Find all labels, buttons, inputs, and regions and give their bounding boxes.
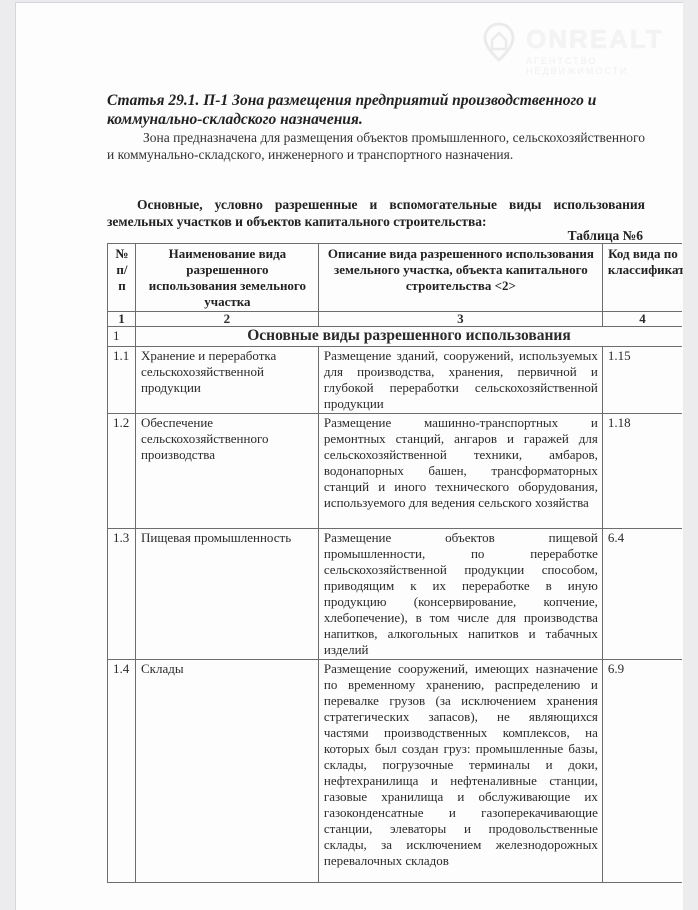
row-name: Хранение и переработка сельскохозяйствен… — [135, 347, 318, 414]
header-number: № п/п — [108, 244, 136, 312]
row-code: 1.15 — [602, 347, 682, 414]
row-code: 6.4 — [602, 529, 682, 660]
row-number: 1.4 — [108, 660, 136, 883]
column-number: 2 — [135, 312, 318, 327]
header-code: Код вида по классификатору — [602, 244, 682, 312]
article-title: Статья 29.1. П-1 Зона размещения предпри… — [107, 91, 667, 129]
table-row: 1.4 Склады Размещение сооружений, имеющи… — [108, 660, 683, 883]
intro-paragraph: Зона предназначена для размещения объект… — [107, 129, 645, 163]
land-use-table: № п/п Наименование вида разрешенного исп… — [107, 243, 682, 883]
column-number: 3 — [318, 312, 602, 327]
column-number: 1 — [108, 312, 136, 327]
section-row: 1 Основные виды разрешенного использован… — [108, 327, 683, 347]
row-description: Размещение сооружений, имеющих назначени… — [318, 660, 602, 883]
column-number-row: 1 2 3 4 — [108, 312, 683, 327]
lead-paragraph: Основные, условно разрешенные и вспомога… — [107, 196, 645, 230]
row-name: Пищевая промышленность — [135, 529, 318, 660]
row-description: Размещение машинно-транспортных и ремонт… — [318, 414, 602, 529]
row-code: 1.18 — [602, 414, 682, 529]
row-description: Размещение зданий, сооружений, используе… — [318, 347, 602, 414]
table-label: Таблица №6 — [568, 228, 643, 244]
viewer-edge — [683, 0, 698, 910]
table-header-row: № п/п Наименование вида разрешенного исп… — [108, 244, 683, 312]
watermark: ONREALT АГЕНТСТВО НЕДВИЖИМОСТИ — [478, 20, 688, 70]
watermark-brand: ONREALT — [526, 24, 664, 55]
table-row: 1.3 Пищевая промышленность Размещение об… — [108, 529, 683, 660]
table-row: 1.2 Обеспечение сельскохозяйственного пр… — [108, 414, 683, 529]
section-title: Основные виды разрешенного использования — [135, 327, 682, 347]
header-description: Описание вида разрешенного использования… — [318, 244, 602, 312]
house-pin-icon — [482, 22, 516, 62]
row-name: Склады — [135, 660, 318, 883]
section-number: 1 — [108, 327, 136, 347]
column-number: 4 — [602, 312, 682, 327]
row-code: 6.9 — [602, 660, 682, 883]
row-number: 1.2 — [108, 414, 136, 529]
row-name: Обеспечение сельскохозяйственного произв… — [135, 414, 318, 529]
header-name: Наименование вида разрешенного использов… — [135, 244, 318, 312]
row-number: 1.3 — [108, 529, 136, 660]
row-number: 1.1 — [108, 347, 136, 414]
watermark-subtitle: АГЕНТСТВО НЕДВИЖИМОСТИ — [526, 56, 688, 76]
row-description: Размещение объектов пищевой промышленнос… — [318, 529, 602, 660]
table-row: 1.1 Хранение и переработка сельскохозяйс… — [108, 347, 683, 414]
